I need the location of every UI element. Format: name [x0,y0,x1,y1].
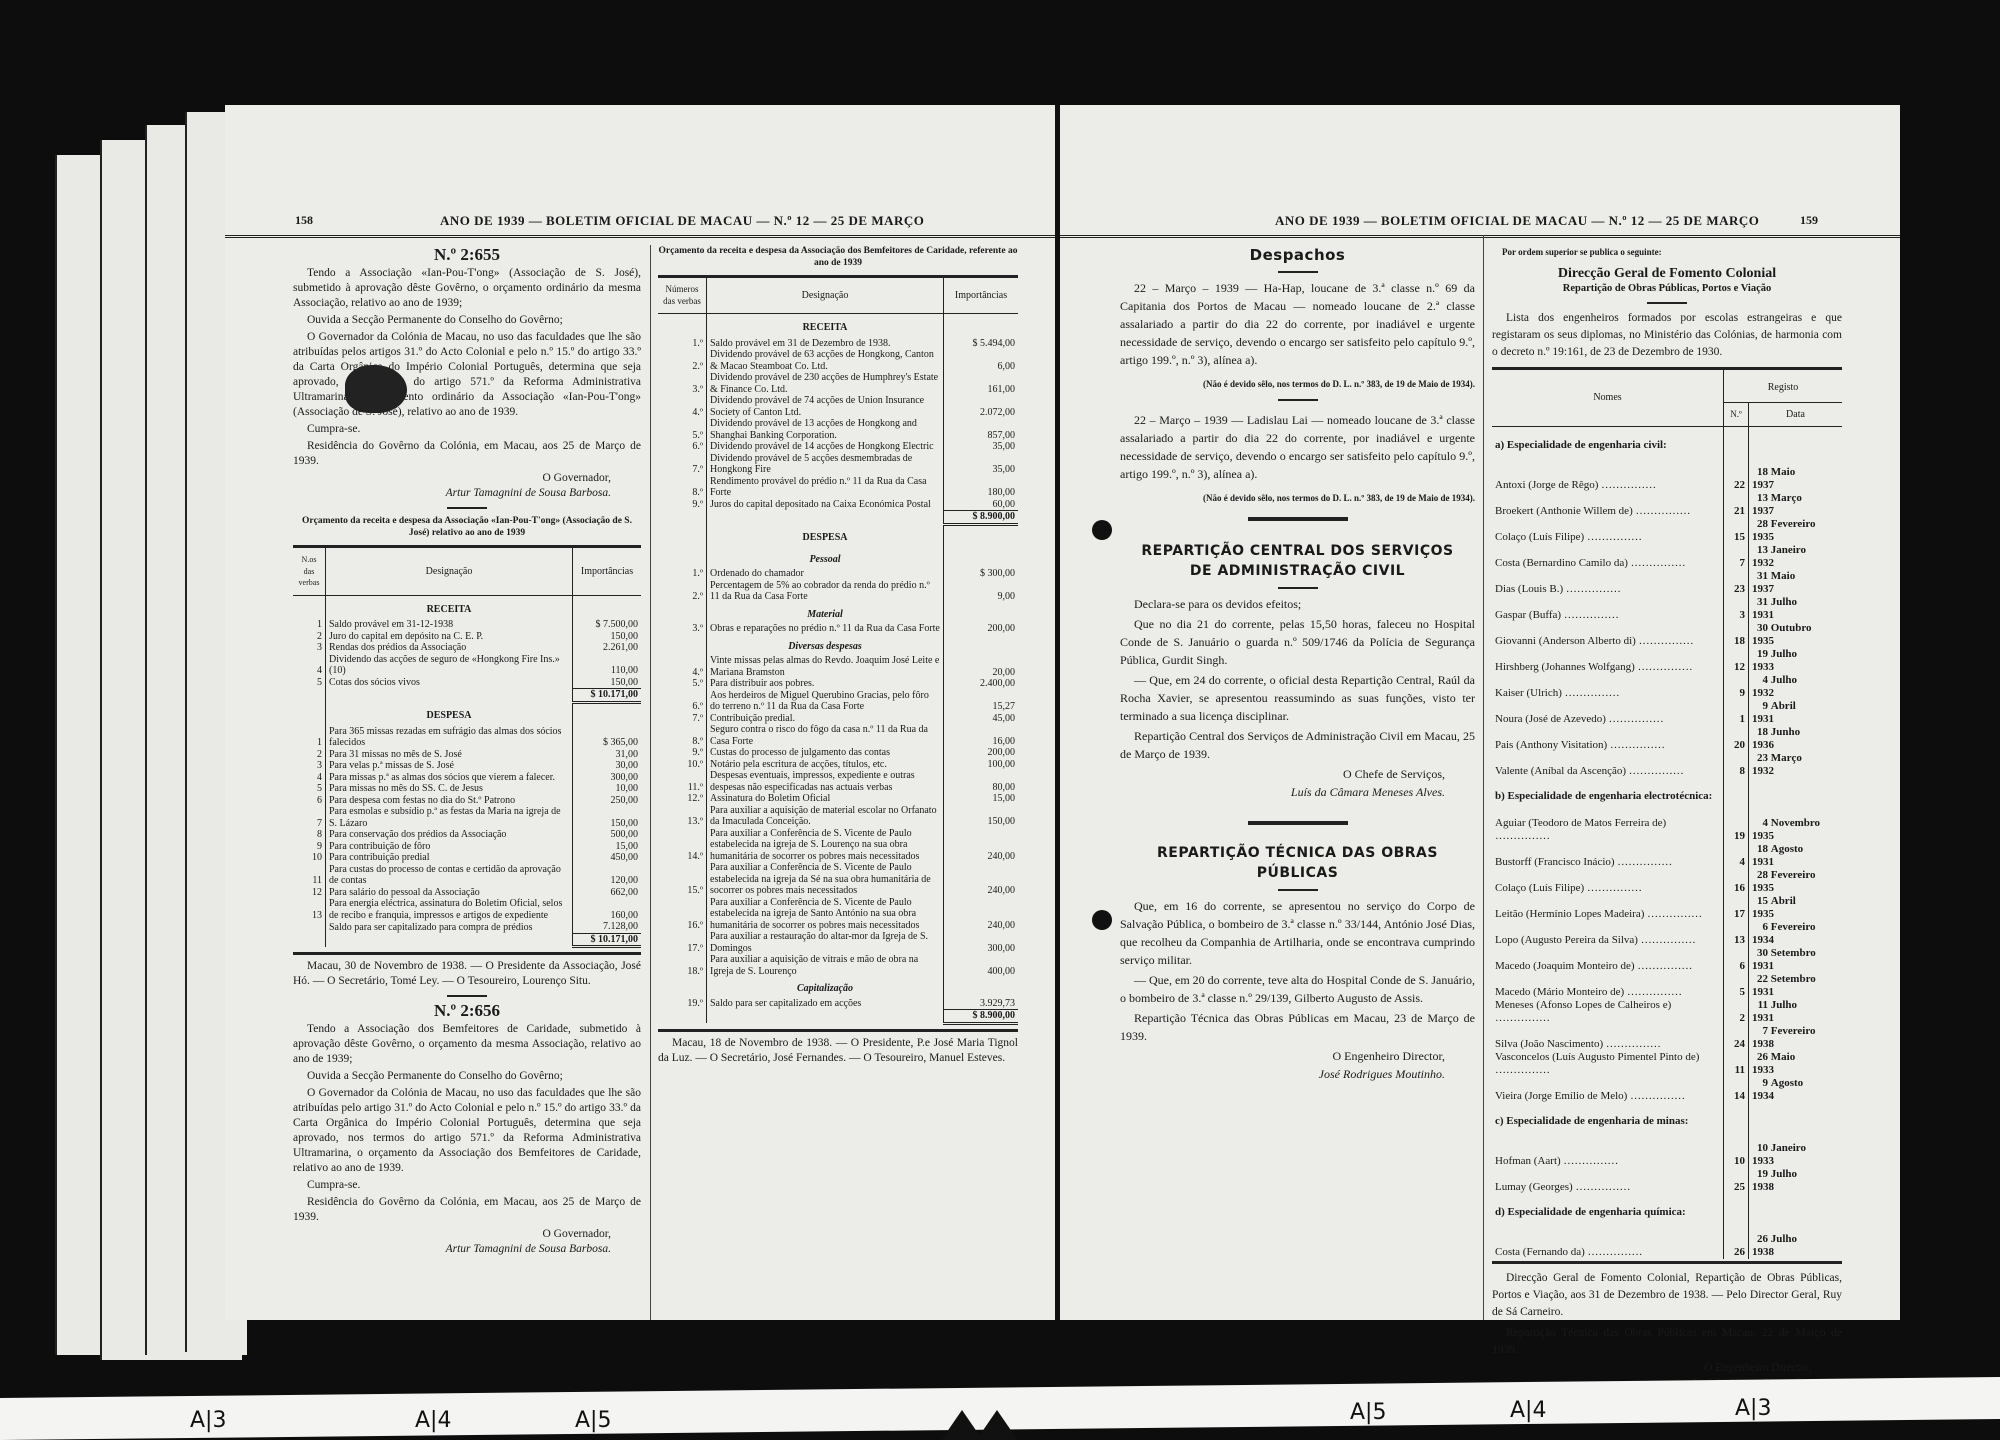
verba-number: 5 [293,677,326,689]
verba-number: 8 [293,829,326,841]
designation: Juro do capital em depósito na C. E. P. [326,631,573,643]
despachos-column: Despachos 22 – Março – 1939 — Ha-Hap, lo… [1120,245,1475,1083]
registo-date: 4 Novembro1935 [1749,817,1843,843]
verba-number: 19.º [658,998,707,1010]
amount: 857,00 [944,418,1019,441]
amount: 15,00 [944,793,1019,805]
budget-table-ianpoutong: N.os das verbas Designação Importâncias … [293,545,641,948]
designation: Para auxiliar a restauração do altar-mor… [707,931,944,954]
designation: Para auxiliar a Conferência de S. Vicent… [707,897,944,932]
amount: 80,00 [944,770,1019,793]
col-header: Nomes [1492,369,1724,427]
amount: $ 5.494,00 [944,338,1019,350]
registo-date: 26 Maio1933 [1749,1051,1843,1077]
registo-number: 15 [1724,518,1749,544]
table-row: 5Para missas no mês do SS. C. de Jesus10… [293,783,641,795]
registo-number: 20 [1724,726,1749,752]
amount: 110,00 [573,654,642,677]
col-header: N.os das verbas [293,547,326,596]
amount: 161,00 [944,372,1019,395]
designation: Despesas eventuais, impressos, expedient… [707,770,944,793]
engineer-name: Bustorff (Francisco Inácio) …………… [1492,843,1724,869]
designation: Contribuição predial. [707,713,944,725]
section-label: RECEITA [658,314,1018,338]
registo-date: 30 Outubro1935 [1749,622,1843,648]
amount: 10,00 [573,783,642,795]
verba-number: 1 [293,726,326,749]
verba-number: 3.º [658,372,707,395]
amount: 250,00 [573,795,642,807]
header-title: ANO DE 1939 — BOLETIM OFICIAL DE MACAU —… [1275,213,1759,229]
engineer-row: Dias (Louis B.) ……………2331 Maio1937 [1492,570,1842,596]
designation: Para custas do processo de contas e cert… [326,864,573,887]
engineer-name: Hirshberg (Johannes Wolfgang) …………… [1492,648,1724,674]
table-row: 18.ºPara auxiliar a aquisição de vitrais… [658,954,1018,977]
fomento-column: Por ordem superior se publica o seguinte… [1492,245,1842,1391]
registo-date: 23 Março1932 [1749,752,1843,778]
designation: Seguro contra o risco do fôgo da casa n.… [707,724,944,747]
section-title: REPARTIÇÃO TÉCNICA DAS OBRAS PÚBLICAS [1120,843,1475,883]
despacho-text: 22 – Março – 1939 — Ladislau Lai — nomea… [1120,411,1475,483]
designation: Para distribuir aos pobres. [707,678,944,690]
total-row: $ 8.900,00 [658,511,1018,525]
table-row: 9.ºCustas do processo de julgamento das … [658,747,1018,759]
designation: Dividendo provável de 13 acções de Hongk… [707,418,944,441]
engineer-row: Vasconcelos (Luís Augusto Pimentel Pinto… [1492,1051,1842,1077]
registo-date: 7 Fevereiro1938 [1749,1025,1843,1051]
verba-number: 2.º [658,349,707,372]
amount: 9,00 [944,580,1019,603]
verba-number: 10 [293,852,326,864]
engineer-name: Costa (Fernando da) …………… [1492,1233,1724,1259]
verba-number: 7.º [658,713,707,725]
total-row: $ 8.900,00 [658,1010,1018,1024]
paragraph: Cumpra-se. [293,1178,641,1193]
designation: Para missas no mês do SS. C. de Jesus [326,783,573,795]
registo-number: 10 [1724,1142,1749,1168]
table-row: 6Para despesa com festas no dia do St.º … [293,795,641,807]
amount: 31,00 [573,749,642,761]
section-title: Despachos [1120,245,1475,265]
registo-date: 31 Julho1931 [1749,596,1843,622]
designation: Aos herdeiros de Miguel Querubino Gracia… [707,690,944,713]
designation: Assinatura do Boletim Oficial [707,793,944,805]
engineer-row: Pais (Anthony Visitation) ……………2018 Junh… [1492,726,1842,752]
verba-number: 10.º [658,759,707,771]
table-row: 11Para custas do processo de contas e ce… [293,864,641,887]
verba-number: 5.º [658,678,707,690]
verba-number [293,921,326,933]
table-row: 4Para missas p.ª as almas dos sócios que… [293,772,641,784]
verba-number: 9.º [658,499,707,511]
binder-hole [1092,520,1112,540]
amount: $ 7.500,00 [573,619,642,631]
verba-number: 13.º [658,805,707,828]
designation: Dividendo provável de 14 acções de Hongk… [707,441,944,453]
designation: Saldo provável em 31 de Dezembro de 1938… [707,338,944,350]
amount: 150,00 [573,677,642,689]
registo-date: 18 Maio1937 [1749,466,1843,492]
engineer-name: Lumay (Georges) …………… [1492,1168,1724,1194]
amount: 662,00 [573,887,642,899]
verba-number: 5 [293,783,326,795]
engineer-name: Kaiser (Ulrich) …………… [1492,674,1724,700]
verba-number: 13 [293,898,326,921]
registo-date: 22 Setembro1931 [1749,973,1843,999]
registo-date: 19 Julho1938 [1749,1168,1843,1194]
verba-number: 8.º [658,476,707,499]
amount: 2.400,00 [944,678,1019,690]
table-row: 5.ºDividendo provável de 13 acções de Ho… [658,418,1018,441]
registo-date: 9 Abril1931 [1749,700,1843,726]
designation: Para conservação dos prédios da Associaç… [326,829,573,841]
designation: Para esmolas e subsídio p.ª as festas da… [326,806,573,829]
section-title: Direcção Geral de Fomento Colonial [1492,266,1842,281]
table-row: 16.ºPara auxiliar a Conferência de S. Vi… [658,897,1018,932]
engineer-row: Antoxi (Jorge de Rêgo) ……………2218 Maio193… [1492,466,1842,492]
registo-date: 13 Março1937 [1749,492,1843,518]
registo-number: 6 [1724,947,1749,973]
engineer-name: Lopo (Augusto Pereira da Silva) …………… [1492,921,1724,947]
signature-name: Luís da Câmara Meneses Alves. [1120,783,1475,801]
amount: 300,00 [573,772,642,784]
registo-date: 18 Agosto1931 [1749,843,1843,869]
film-mark: A|3 [1735,1396,1771,1421]
designation: Para missas p.ª as almas dos sócios que … [326,772,573,784]
amount: 240,00 [944,828,1019,863]
amount: 100,00 [944,759,1019,771]
binder-hole [1092,910,1112,930]
header-title: ANO DE 1939 — BOLETIM OFICIAL DE MACAU —… [440,213,924,229]
signature-title: O Chefe de Serviços, [1120,765,1475,783]
table-row: 8.ºSeguro contra o risco do fôgo da casa… [658,724,1018,747]
table-row: 19.ºSaldo para ser capitalizado em acçõe… [658,998,1018,1010]
col-header: Importâncias [573,547,642,596]
table-row: 5Cotas dos sócios vivos150,00 [293,677,641,689]
amount: 300,00 [944,931,1019,954]
registo-number: 19 [1724,817,1749,843]
registo-number: 11 [1724,1051,1749,1077]
paragraph: — Que, em 20 do corrente, teve alta do H… [1120,971,1475,1007]
specialty-label: b) Especialidade de engenharia electroté… [1492,778,1842,817]
signature-name: Artur Tamagnini de Sousa Barbosa. [293,1242,641,1257]
total-row: $ 10.171,00 [293,689,641,703]
section-label: RECEITA [293,595,641,619]
verba-number: 4 [293,772,326,784]
page-header-right: ANO DE 1939 — BOLETIM OFICIAL DE MACAU —… [1060,205,1900,238]
engineer-name: Pais (Anthony Visitation) …………… [1492,726,1724,752]
table-row: 8.ºRendimento provável do prédio n.º 11 … [658,476,1018,499]
engineer-name: Valente (Aníbal da Ascenção) …………… [1492,752,1724,778]
table-row: 13.ºPara auxiliar a aquisição de materia… [658,805,1018,828]
registo-date: 18 Junho1936 [1749,726,1843,752]
engineer-row: Hirshberg (Johannes Wolfgang) ……………1219 … [1492,648,1842,674]
engineer-name: Colaço (Luís Filipe) …………… [1492,518,1724,544]
signature-name: Artur Tamagnini de Sousa Barbosa. [293,486,641,501]
amount: 150,00 [944,805,1019,828]
registo-number: 8 [1724,752,1749,778]
amount: 400,00 [944,954,1019,977]
engineer-name: Broekert (Anthonie Willem de) …………… [1492,492,1724,518]
verba-number: 15.º [658,862,707,897]
designation: Para auxiliar a Conferência de S. Vicent… [707,828,944,863]
section-title: DE ADMINISTRAÇÃO CIVIL [1120,561,1475,581]
subsection-label: Pessoal [658,548,1018,569]
designation: Para 365 missas rezadas em sufrágio das … [326,726,573,749]
registo-date: 28 Fevereiro1935 [1749,518,1843,544]
engineer-row: Giovanni (Anderson Alberto di) ……………1830… [1492,622,1842,648]
verba-number: 2 [293,749,326,761]
registo-date: 13 Janeiro1932 [1749,544,1843,570]
registo-number: 5 [1724,973,1749,999]
divider [1278,271,1318,273]
designation: Dividendo provável de 230 acções de Hump… [707,372,944,395]
amount: $ 365,00 [573,726,642,749]
engineer-name: Macedo (Mário Monteiro de) …………… [1492,973,1724,999]
col-header: Data [1749,402,1843,427]
paragraph: Ouvida a Secção Permanente do Conselho d… [293,1069,641,1084]
table-row: 10.ºNotário pela escritura de acções, tí… [658,759,1018,771]
verba-number: 3 [293,760,326,772]
amount: 200,00 [944,747,1019,759]
budget-footer: Macau, 30 de Novembro de 1938. — O Presi… [293,959,641,989]
amount: 20,00 [944,655,1019,678]
thick-divider [1248,517,1348,521]
registo-number: 22 [1724,466,1749,492]
middle-column: Orçamento da receita e despesa da Associ… [658,245,1018,1068]
designation: Para contribuição de fôro [326,841,573,853]
page-number: 158 [295,213,313,228]
table-row: 10Para contribuição predial450,00 [293,852,641,864]
specialty-label: d) Especialidade de engenharia química: [1492,1194,1842,1233]
registo-number: 17 [1724,895,1749,921]
engineer-name: Hofman (Aart) …………… [1492,1142,1724,1168]
place-date: Repartição Técnica das Obras Públicas em… [1492,1325,1842,1359]
table-row: Saldo para ser capitalizado para compra … [293,921,641,933]
registo-date: 10 Janeiro1933 [1749,1142,1843,1168]
engineer-row: Hofman (Aart) ……………1010 Janeiro1933 [1492,1142,1842,1168]
right-page: ANO DE 1939 — BOLETIM OFICIAL DE MACAU —… [1060,105,1900,1320]
budget-title: Orçamento da receita e despesa da Associ… [293,515,641,539]
designation: Para despesa com festas no dia do St.º P… [326,795,573,807]
amount: 2.261,00 [573,642,642,654]
designation: Para velas p.ª missas de S. José [326,760,573,772]
verba-number: 9 [293,841,326,853]
table-row: 6.ºAos herdeiros de Miguel Querubino Gra… [658,690,1018,713]
registo-number: 18 [1724,622,1749,648]
despacho-note: (Não é devido sêlo, nos termos do D. L. … [1120,375,1475,393]
paragraph: Repartição Central dos Serviços de Admin… [1120,727,1475,763]
table-row: 11.ºDespesas eventuais, impressos, exped… [658,770,1018,793]
engineer-row: Macedo (Mário Monteiro de) ……………522 Sete… [1492,973,1842,999]
table-row: 9Para contribuição de fôro15,00 [293,841,641,853]
verba-number: 2.º [658,580,707,603]
column-divider [650,245,651,1320]
engineer-row: Kaiser (Ulrich) ……………94 Julho1932 [1492,674,1842,700]
col-header: N.º [1724,402,1749,427]
engineer-row: Lopo (Augusto Pereira da Silva) ……………136… [1492,921,1842,947]
paragraph: Tendo a Associação dos Bemfeitores de Ca… [293,1022,641,1067]
budget-table-bemfeitores: Números das verbas Designação Importânci… [658,275,1018,1025]
registo-number: 9 [1724,674,1749,700]
registo-number: 16 [1724,869,1749,895]
verba-number: 1.º [658,568,707,580]
divider [1278,587,1318,589]
signature-title: O Engenheiro Director, [1492,1361,1842,1376]
divider [447,995,487,997]
closing-text: Direcção Geral de Fomento Colonial, Repa… [1492,1270,1842,1321]
signature-name: José Rodrigues Moutinho. [1120,1065,1475,1083]
film-mark: A|4 [1510,1398,1546,1423]
thick-divider [1248,821,1348,825]
designation: Para auxiliar a Conferência de S. Vicent… [707,862,944,897]
engineer-name: Aguiar (Teodoro de Matos Ferreira de) ……… [1492,817,1724,843]
amount: 16,00 [944,724,1019,747]
engineer-name: Macedo (Joaquim Monteiro de) …………… [1492,947,1724,973]
col-header: Importâncias [944,277,1019,314]
designation: Saldo para ser capitalizado para compra … [326,921,573,933]
engineer-name: Giovanni (Anderson Alberto di) …………… [1492,622,1724,648]
table-row: 8Para conservação dos prédios da Associa… [293,829,641,841]
section-label: DESPESA [293,702,641,726]
amount: 35,00 [944,453,1019,476]
verba-number: 7.º [658,453,707,476]
table-row: 2Juro do capital em depósito na C. E. P.… [293,631,641,643]
subsection-label: Diversas despesas [658,635,1018,656]
registo-number: 24 [1724,1025,1749,1051]
paragraph: Que, em 16 do corrente, se apresentou no… [1120,897,1475,969]
engineer-name: Antoxi (Jorge de Rêgo) …………… [1492,466,1724,492]
table-row: 3Para velas p.ª missas de S. José30,00 [293,760,641,772]
verba-number: 18.º [658,954,707,977]
engineer-row: Bustorff (Francisco Inácio) ……………418 Ago… [1492,843,1842,869]
engineer-name: Vieira (Jorge Emílio de Melo) …………… [1492,1077,1724,1103]
verba-number: 7 [293,806,326,829]
divider [1278,889,1318,891]
subsection-label: Capitalização [658,977,1018,998]
engineer-name: Dias (Louis B.) …………… [1492,570,1724,596]
paragraph: Que no dia 21 do corrente, pelas 15,50 h… [1120,615,1475,669]
left-page: 158 ANO DE 1939 — BOLETIM OFICIAL DE MAC… [225,105,1055,1320]
col-header: Designação [707,277,944,314]
amount: 240,00 [944,862,1019,897]
table-row: 2Para 31 missas no mês de S. José31,00 [293,749,641,761]
table-row: 17.ºPara auxiliar a restauração do altar… [658,931,1018,954]
table-row: 12Para salário do pessoal da Associação6… [293,887,641,899]
amount: 35,00 [944,441,1019,453]
engineer-name: Gaspar (Buffa) …………… [1492,596,1724,622]
designation: Ordenado do chamador [707,568,944,580]
triangle-marker [975,1410,1019,1440]
paragraph: Repartição Técnica das Obras Públicas em… [1120,1009,1475,1045]
amount: 450,00 [573,852,642,864]
page-number: 159 [1800,213,1818,228]
designation: Obras e reparações no prédio n.º 11 da R… [707,623,944,635]
signature-title: O Governador, [293,471,641,486]
portaria-number: N.º 2:656 [293,1003,641,1018]
table-row: 4Dividendo das acções de seguro de «Hong… [293,654,641,677]
engineer-row: Valente (Aníbal da Ascenção) ……………823 Ma… [1492,752,1842,778]
section-label: DESPESA [658,524,1018,548]
verba-number: 2 [293,631,326,643]
divider [447,507,487,509]
designation: Notário pela escritura de acções, título… [707,759,944,771]
designation: Dividendo provável de 74 acções de Union… [707,395,944,418]
registo-number: 13 [1724,921,1749,947]
registo-date: 6 Fevereiro1934 [1749,921,1843,947]
paragraph: Lista dos engenheiros formados por escol… [1492,310,1842,361]
registo-number: 25 [1724,1168,1749,1194]
amount: 3.929,73 [944,998,1019,1010]
amount: 60,00 [944,499,1019,511]
verba-number: 17.º [658,931,707,954]
budget-title: Orçamento da receita e despesa da Associ… [658,245,1018,269]
verba-number: 6.º [658,690,707,713]
registo-number: 14 [1724,1077,1749,1103]
designation: Rendimento provável do prédio n.º 11 da … [707,476,944,499]
paragraph: — Que, em 24 do corrente, o oficial dest… [1120,671,1475,725]
amount: 15,27 [944,690,1019,713]
designation: Para auxiliar a aquisição de material es… [707,805,944,828]
registo-number: 3 [1724,596,1749,622]
registo-date: 28 Fevereiro1935 [1749,869,1843,895]
engineer-row: Macedo (Joaquim Monteiro de) ……………630 Se… [1492,947,1842,973]
table-row: 14.ºPara auxiliar a Conferência de S. Vi… [658,828,1018,863]
table-row: 7.ºDividendo provável de 5 acções desmem… [658,453,1018,476]
engineer-name: Vasconcelos (Luís Augusto Pimentel Pinto… [1492,1051,1724,1077]
engineer-name: Noura (José de Azevedo) …………… [1492,700,1724,726]
engineer-row: Costa (Bernardino Camilo da) ……………713 Ja… [1492,544,1842,570]
designation: Para contribuição predial [326,852,573,864]
verba-number: 12.º [658,793,707,805]
table-row: 1Para 365 missas rezadas em sufrágio das… [293,726,641,749]
designation: Cotas dos sócios vivos [326,677,573,689]
table-row: 9.ºJuros do capital depositado na Caixa … [658,499,1018,511]
amount: 6,00 [944,349,1019,372]
verba-number: 5.º [658,418,707,441]
table-row: 5.ºPara distribuir aos pobres.2.400,00 [658,678,1018,690]
registo-date: 31 Maio1937 [1749,570,1843,596]
registo-number: 21 [1724,492,1749,518]
verba-number: 16.º [658,897,707,932]
paragraph: Declara-se para os devidos efeitos; [1120,595,1475,613]
engineer-row: Leitão (Hermínio Lopes Madeira) ……………171… [1492,895,1842,921]
engineer-row: Colaço (Luís Filipe) ……………1528 Fevereiro… [1492,518,1842,544]
verba-number: 6.º [658,441,707,453]
designation: Para 31 missas no mês de S. José [326,749,573,761]
verba-number: 11.º [658,770,707,793]
engineer-row: Colaço (Luís Filipe) ……………1628 Fevereiro… [1492,869,1842,895]
paragraph: Residência do Govêrno da Colónia, em Mac… [293,1195,641,1225]
registo-date: 19 Julho1933 [1749,648,1843,674]
engineer-row: Costa (Fernando da) ……………2626 Julho1938 [1492,1233,1842,1259]
registo-date: 26 Julho1938 [1749,1233,1843,1259]
divider [1278,399,1318,401]
verba-number: 3.º [658,623,707,635]
verba-number: 4.º [658,655,707,678]
verba-number: 3 [293,642,326,654]
col-header: Números das verbas [658,277,707,314]
amount: $ 300,00 [944,568,1019,580]
budget-footer: Macau, 18 de Novembro de 1938. — O Presi… [658,1036,1018,1066]
designation: Saldo para ser capitalizado em acções [707,998,944,1010]
registo-date: 9 Agosto1934 [1749,1077,1843,1103]
engineer-row: Meneses (Afonso Lopes de Calheiros e) ……… [1492,999,1842,1025]
engineer-row: Broekert (Anthonie Willem de) ……………2113 … [1492,492,1842,518]
table-row: 15.ºPara auxiliar a Conferência de S. Vi… [658,862,1018,897]
table-row: 2.ºPercentagem de 5% ao cobrador da rend… [658,580,1018,603]
column-divider [1483,235,1484,1320]
